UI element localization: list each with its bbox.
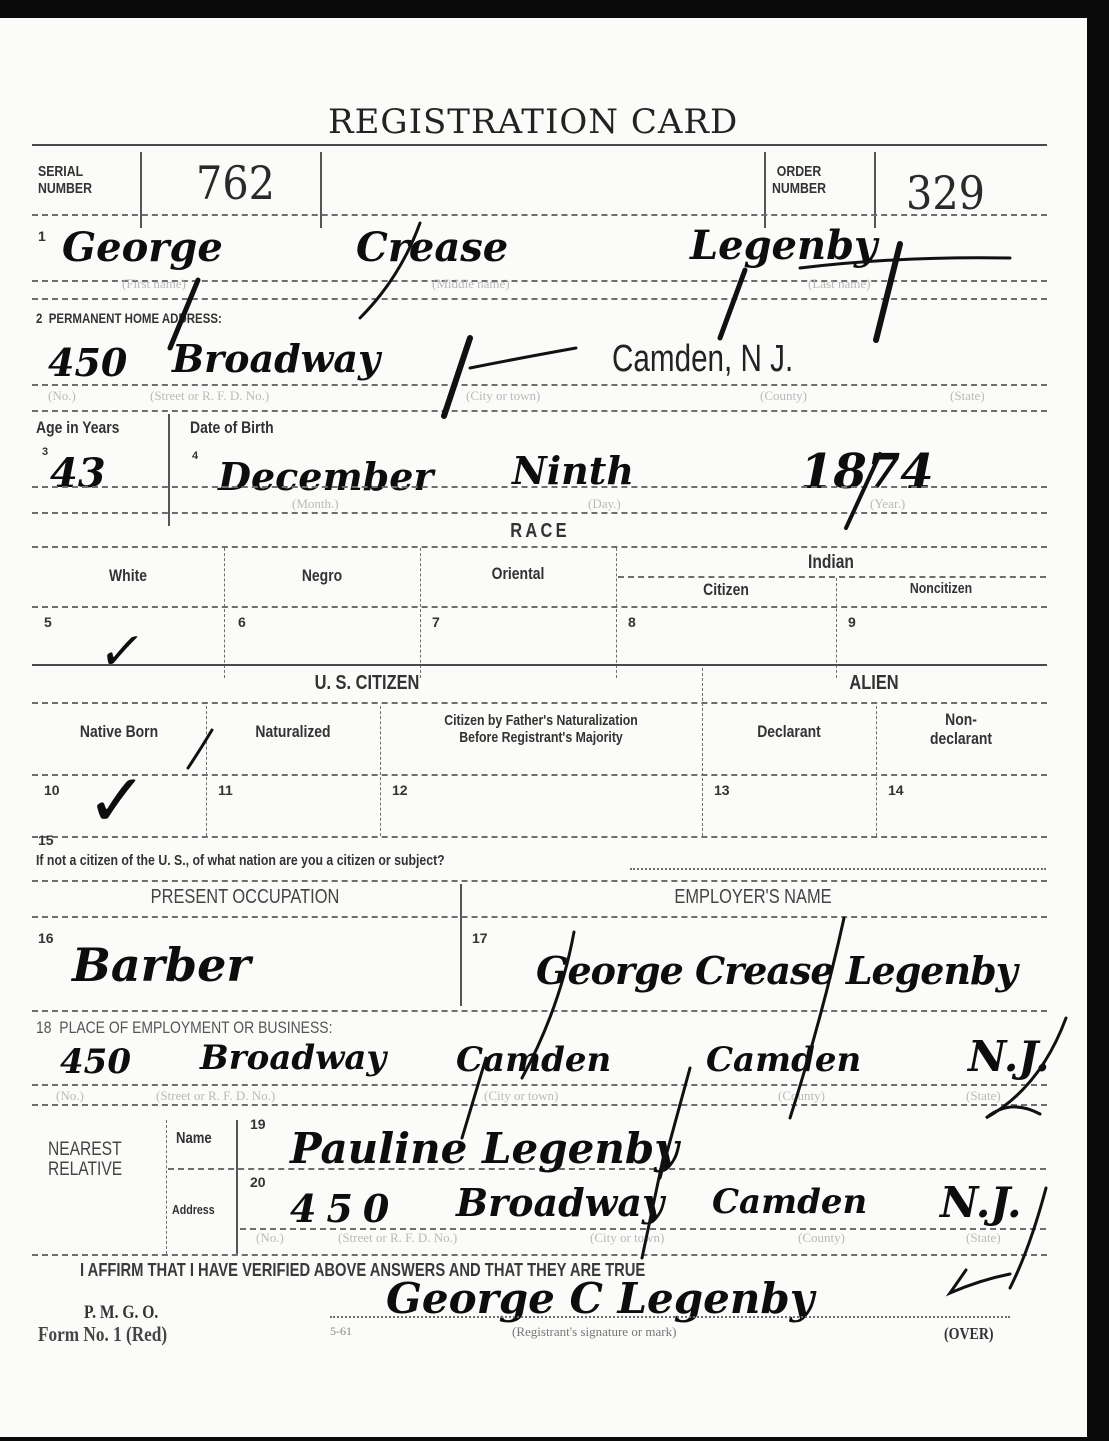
employment-number: 450 [60, 1042, 131, 1082]
non-declarant-label: Non-declarant [891, 710, 1030, 748]
registration-card: REGISTRATION CARD SERIALNUMBER 762 ORDER… [0, 18, 1087, 1437]
middle-name-value: Crease [356, 224, 508, 271]
race-indian-noncitizen-label: Noncitizen [855, 580, 1027, 597]
caption-month: (Month.) [292, 496, 339, 512]
caption-state: (State) [950, 388, 985, 404]
caption-county: (County) [778, 1088, 825, 1104]
employer-value: George Crease Legenby [536, 948, 1017, 993]
employment-state: N.J. [968, 1032, 1050, 1081]
last-name-value: Legenby [690, 222, 877, 269]
relative-address-number: 450 [290, 1186, 399, 1231]
race-negro-label: Negro [242, 566, 403, 586]
race-indian-citizen-label: Citizen [636, 580, 816, 600]
form-number: Form No. 1 (Red) [38, 1322, 167, 1347]
field-number-16: 16 [38, 930, 54, 946]
home-address-label: 2 PERMANENT HOME ADDRESS: [36, 310, 222, 326]
card-title: REGISTRATION CARD [328, 102, 738, 142]
race-white-label: White [49, 566, 206, 586]
caption-day: (Day.) [588, 496, 621, 512]
date-of-birth-label: Date of Birth [190, 418, 274, 438]
field-number-17: 17 [472, 930, 488, 946]
caption-state: (State) [966, 1230, 1001, 1246]
relative-address-label: Address [172, 1202, 215, 1217]
serial-number-value: 762 [196, 156, 275, 210]
employment-street: Broadway [200, 1038, 386, 1078]
place-of-employment-label: 18 PLACE OF EMPLOYMENT OR BUSINESS: [36, 1018, 332, 1038]
field-number-6: 6 [238, 614, 246, 630]
first-name-value: George [62, 224, 223, 271]
relative-address-state: N.J. [940, 1178, 1022, 1227]
order-number-label: ORDERNUMBER [772, 163, 826, 197]
caption-city: (City or town) [590, 1230, 664, 1246]
field-number-20: 20 [250, 1174, 266, 1190]
field-number-1: 1 [38, 228, 46, 244]
field-number-7: 7 [432, 614, 440, 630]
home-address-number: 450 [48, 340, 127, 385]
field-number-15: 15 [38, 832, 54, 848]
birth-month-value: December [218, 454, 433, 499]
caption-city: (City or town) [484, 1088, 558, 1104]
field-number-8: 8 [628, 614, 636, 630]
citizen-by-father-label: Citizen by Father's NaturalizationBefore… [409, 712, 673, 746]
race-indian-heading: Indian [655, 552, 1008, 574]
employer-heading: EMPLOYER'S NAME [513, 886, 994, 909]
caption-county: (County) [798, 1230, 845, 1246]
naturalized-label: Naturalized [222, 722, 365, 742]
field-number-3: 3 [42, 446, 48, 458]
serial-number-label: SERIALNUMBER [38, 163, 92, 197]
field-number-14: 14 [888, 782, 904, 798]
last-name-caption: (Last name) [808, 276, 870, 292]
caption-street: (Street or R. F. D. No.) [338, 1230, 457, 1246]
birth-year-value: 1874 [800, 444, 934, 500]
relative-address-city: Camden [712, 1182, 867, 1222]
age-label: Age in Years [36, 418, 119, 438]
field-number-11: 11 [218, 782, 233, 798]
employment-county: Camden [706, 1040, 861, 1080]
relative-name-value: Pauline Legenby [290, 1124, 679, 1173]
caption-street: (Street or R. F. D. No.) [156, 1088, 275, 1104]
alien-heading: ALIEN [733, 672, 1015, 695]
first-name-caption: (First name) [122, 276, 186, 292]
field-number-9: 9 [848, 614, 856, 630]
native-born-checkbox[interactable]: ✓ [86, 758, 148, 844]
over-indicator: (OVER) [944, 1324, 994, 1344]
us-citizen-heading: U. S. CITIZEN [92, 672, 641, 695]
caption-year: (Year.) [870, 496, 905, 512]
occupation-value: Barber [72, 938, 251, 992]
race-oriental-label: Oriental [438, 564, 599, 584]
field-number-13: 13 [714, 782, 730, 798]
field-number-10: 10 [44, 782, 60, 798]
relative-name-label: Name [176, 1130, 212, 1148]
home-address-street: Broadway [172, 336, 380, 381]
nearest-relative-label: NEARESTRELATIVE [48, 1140, 122, 1180]
signature-caption: (Registrant's signature or mark) [512, 1324, 676, 1340]
caption-state: (State) [966, 1088, 1001, 1104]
relative-address-street: Broadway [456, 1180, 664, 1225]
caption-county: (County) [760, 388, 807, 404]
middle-name-caption: (Middle name) [432, 276, 510, 292]
field-number-5: 5 [44, 614, 52, 630]
native-born-label: Native Born [48, 722, 191, 742]
order-number-value: 329 [906, 166, 985, 220]
caption-street: (Street or R. F. D. No.) [150, 388, 269, 404]
field-number-12: 12 [392, 782, 408, 798]
home-address-city-state: Camden, N J. [612, 338, 793, 381]
caption-no: (No.) [56, 1088, 84, 1104]
field-number-19: 19 [250, 1116, 266, 1132]
age-value: 43 [50, 450, 106, 497]
form-code: 5-61 [330, 1324, 352, 1339]
race-heading: RACE [458, 520, 622, 543]
occupation-heading: PRESENT OCCUPATION [70, 886, 419, 909]
caption-no: (No.) [256, 1230, 284, 1246]
form-agency: P. M. G. O. [84, 1302, 158, 1324]
field-number-4: 4 [192, 450, 198, 462]
nation-question: If not a citizen of the U. S., of what n… [36, 852, 445, 869]
caption-city: (City or town) [466, 388, 540, 404]
caption-no: (No.) [48, 388, 76, 404]
declarant-label: Declarant [718, 722, 861, 742]
employment-city: Camden [456, 1040, 611, 1080]
